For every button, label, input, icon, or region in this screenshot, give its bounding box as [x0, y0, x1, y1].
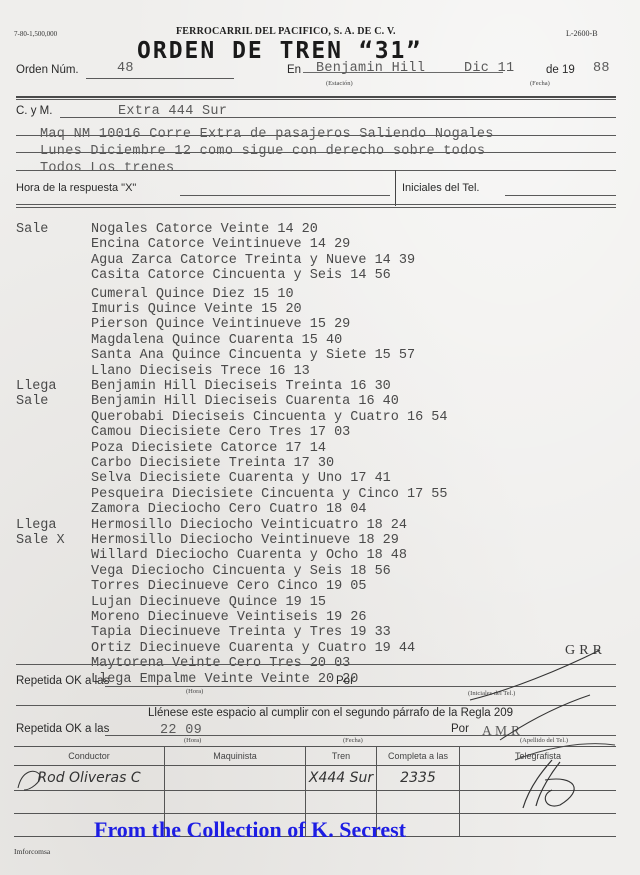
- collection-watermark: From the Collection of K. Secrest: [94, 817, 406, 843]
- signature-scribbles: [0, 0, 640, 875]
- printer-name: Imforcomsa: [14, 847, 50, 856]
- train-order-form: 7-80-1,500,000 L-2600-B FERROCARRIL DEL …: [0, 0, 640, 875]
